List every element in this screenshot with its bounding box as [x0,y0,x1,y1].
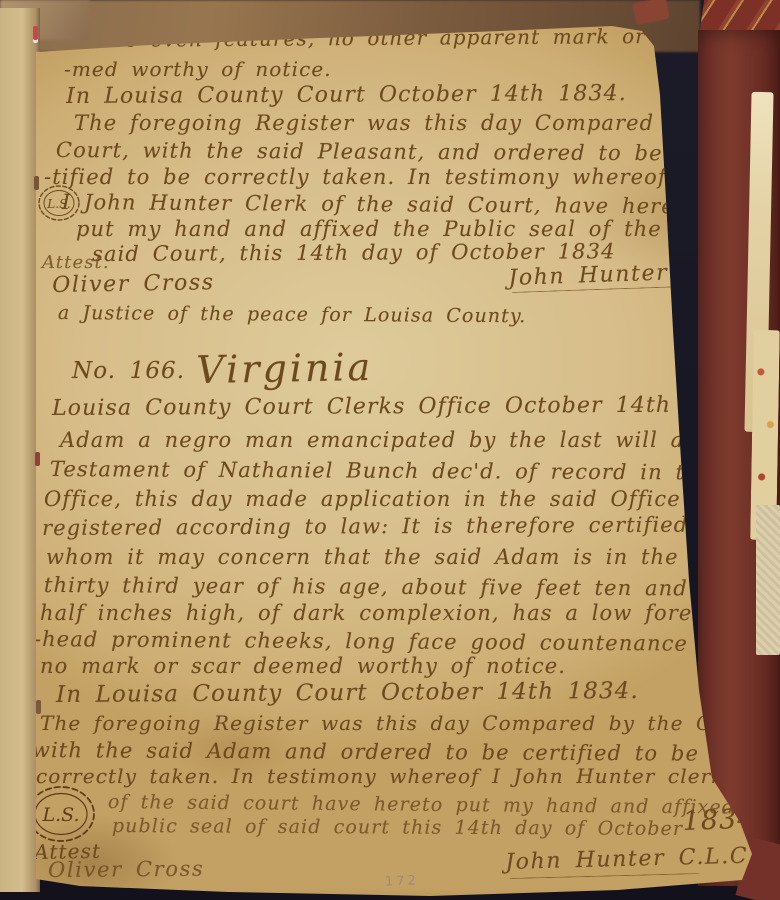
woven-endpaper [756,505,780,655]
manuscript-line: said Court, this 14th day of October 183… [92,239,616,266]
witness-signature: Oliver Cross [48,857,204,882]
notary-seal-icon: L.S. [36,182,82,224]
manuscript-line: I John Hunter Clerk of the said Court, h… [62,190,743,219]
office-heading: Louisa County Court Clerks Office Octobe… [52,392,753,421]
witness-title: a Justice of the peace for Louisa County… [58,302,527,327]
manuscript-line: -tified to be correctly taken. In testim… [44,165,667,189]
witness-signature: Oliver Cross [52,270,215,298]
svg-text:L.S.: L.S. [46,197,70,211]
court-heading: In Louisa County Court October 14th 1834… [66,81,627,109]
binding-stitch [33,26,38,40]
manuscript-line: half inches high, of dark complexion, ha… [40,601,701,625]
manuscript-line: whom it may concern that the said Adam i… [46,545,679,569]
manuscript-line: Office, this day made application in the… [44,487,758,511]
manuscript-line: Testament of Nathaniel Bunch dec'd. of r… [50,457,774,485]
attest-label: Attest. [42,252,110,273]
photograph-of-register-book: knee even features, no other apparent ma… [0,0,780,900]
manuscript-line: put my hand and affixed the Public seal … [76,217,662,241]
manuscript-line: -head prominent cheeks, long face good c… [34,627,688,656]
manuscript-line: Adam a negro man emancipated by the last… [60,428,713,452]
binding-stitch [35,452,40,466]
binding-stitch [36,700,41,714]
gutter-previous-page [0,8,40,892]
manuscript-line: The foregoing Register was this day Comp… [74,111,745,135]
manuscript-line: -med worthy of notice. [64,57,332,81]
manuscript-line: public seal of said court this 14th day … [112,815,683,840]
manuscript-line: The foregoing Register was this day Comp… [40,711,767,735]
manuscript-line: with the said Adam and ordered to be cer… [32,738,699,765]
binding-stitch [34,176,39,190]
court-heading: In Louisa County Court October 14th 1834… [56,678,639,708]
manuscript-line: no mark or scar deemed worthy of notice. [40,654,566,678]
state-heading: Virginia [196,345,374,392]
clerk-signature: John Hunter C.L.C. [505,843,756,875]
manuscript-line: registered according to law: It is there… [42,512,766,540]
manuscript-line: correctly taken. In testimony whereof I … [36,764,725,788]
manuscript-line: Court, with the said Pleasant, and order… [56,138,721,165]
pencil-annotation: 172 [385,873,419,889]
manuscript-page: knee even features, no other apparent ma… [0,0,780,900]
manuscript-line: thirty third year of his age, about five… [44,573,714,601]
record-number: No. 166. [72,358,185,384]
svg-text:L.S.: L.S. [41,804,79,826]
